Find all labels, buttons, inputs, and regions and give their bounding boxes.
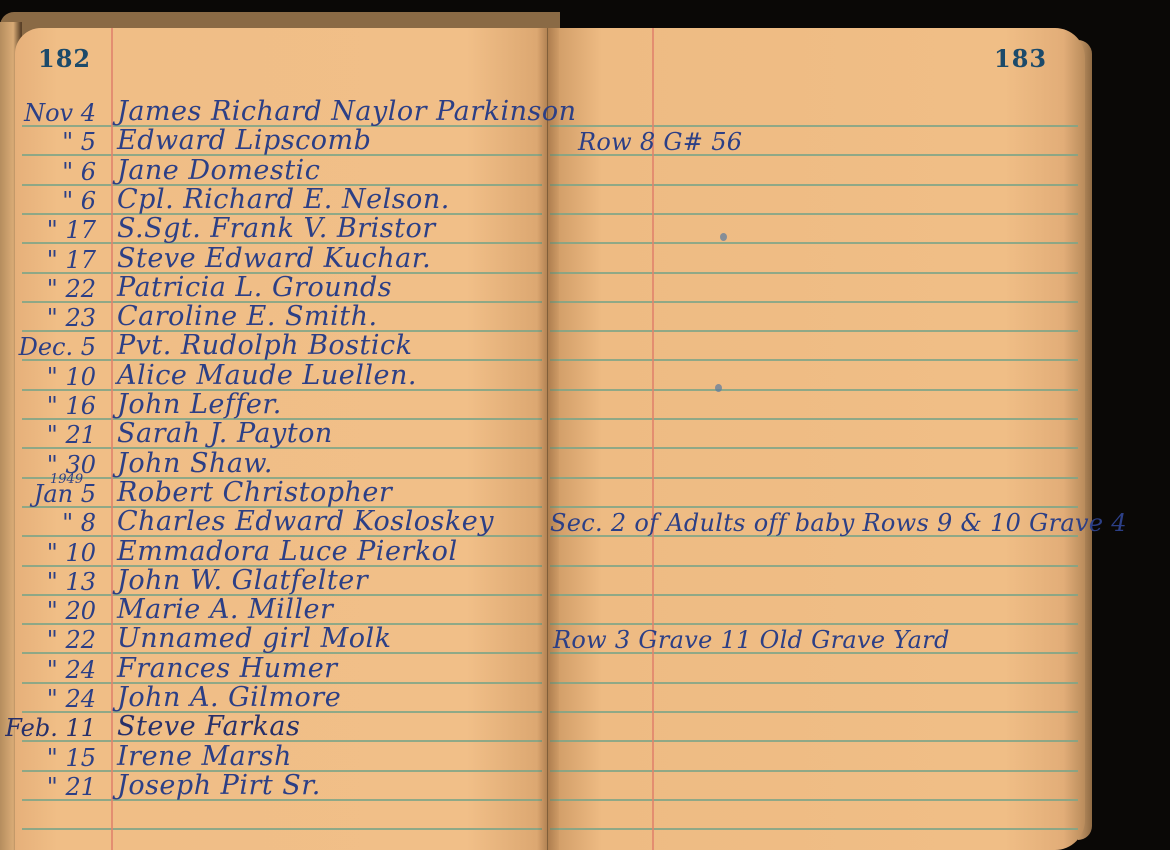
- left-page-margin-line: [111, 28, 113, 850]
- rule-line: [550, 770, 1078, 772]
- entry-date: " 13: [0, 570, 96, 594]
- entry-date: " 17: [0, 248, 96, 272]
- entry-name: Steve Farkas: [117, 713, 300, 740]
- entry-name: Unnamed girl Molk: [117, 625, 392, 652]
- rule-line: [550, 594, 1078, 596]
- entry-date: " 10: [0, 365, 96, 389]
- rule-line: [550, 330, 1078, 332]
- entry-name: Edward Lipscomb: [117, 127, 371, 154]
- entry-date: Nov 4: [0, 101, 96, 125]
- rule-line: [550, 711, 1078, 713]
- entry-name: Steve Edward Kuchar.: [117, 245, 431, 272]
- rule-line: [550, 418, 1078, 420]
- entry-date: " 8: [0, 511, 96, 535]
- entry-name: S.Sgt. Frank V. Bristor: [117, 215, 436, 242]
- entry-date: " 5: [0, 130, 96, 154]
- entry-date: " 24: [0, 687, 96, 711]
- burial-location-note: Sec. 2 of Adults off baby Rows 9 & 10 Gr…: [550, 511, 1127, 535]
- entry-name: Emmadora Luce Pierkol: [117, 538, 458, 565]
- entry-date: " 21: [0, 423, 96, 447]
- entry-date: " 21: [0, 775, 96, 799]
- entry-name: Caroline E. Smith.: [117, 303, 378, 330]
- entry-name: Pvt. Rudolph Bostick: [117, 332, 413, 359]
- rule-line: [550, 242, 1078, 244]
- entry-date: Dec. 5: [0, 335, 96, 359]
- entry-name: Charles Edward Kosloskey: [117, 508, 494, 535]
- year-annotation: 1949: [50, 472, 83, 487]
- rule-line: [550, 799, 1078, 801]
- entry-name: John W. Glatfelter: [117, 567, 368, 594]
- entry-name: Marie A. Miller: [117, 596, 333, 623]
- entry-name: Jane Domestic: [117, 157, 320, 184]
- rule-line: [550, 565, 1078, 567]
- rule-line: [550, 740, 1078, 742]
- entry-date: " 16: [0, 394, 96, 418]
- entry-name: John A. Gilmore: [117, 684, 341, 711]
- burial-location-note: Row 3 Grave 11 Old Grave Yard: [553, 628, 950, 652]
- entry-date: " 22: [0, 277, 96, 301]
- entry-date: " 15: [0, 746, 96, 770]
- rule-line: [550, 506, 1078, 508]
- rule-line: [550, 447, 1078, 449]
- rule-line: [550, 213, 1078, 215]
- entry-date: " 23: [0, 306, 96, 330]
- rule-line: [550, 301, 1078, 303]
- ink-spot: [720, 233, 727, 241]
- rule-line: [550, 359, 1078, 361]
- entry-date: " 6: [0, 189, 96, 213]
- rule-line: [550, 389, 1078, 391]
- rule-line: [22, 828, 542, 830]
- page-number-right: 183: [994, 44, 1047, 73]
- entry-date: " 17: [0, 218, 96, 242]
- ink-spot: [715, 384, 722, 392]
- entry-date: " 20: [0, 599, 96, 623]
- entry-date: " 6: [0, 160, 96, 184]
- rule-line: [550, 477, 1078, 479]
- entry-name: James Richard Naylor Parkinson: [117, 98, 577, 125]
- entry-date: " 24: [0, 658, 96, 682]
- rule-line: [550, 682, 1078, 684]
- entry-name: Irene Marsh: [117, 743, 292, 770]
- entry-name: John Leffer.: [117, 391, 282, 418]
- rule-line: [550, 125, 1078, 127]
- entry-date: Feb. 11: [0, 716, 96, 740]
- entry-name: Cpl. Richard E. Nelson.: [117, 186, 450, 213]
- open-ledger-book: 182 183 Nov 4James Richard Naylor Parkin…: [0, 0, 1170, 850]
- entry-name: Alice Maude Luellen.: [117, 362, 417, 389]
- rule-line: [550, 184, 1078, 186]
- rule-line: [550, 828, 1078, 830]
- rule-line: [550, 272, 1078, 274]
- burial-location-note: Row 8 G# 56: [578, 130, 742, 154]
- entry-name: Frances Humer: [117, 655, 338, 682]
- entry-date: " 22: [0, 628, 96, 652]
- page-number-left: 182: [38, 44, 91, 73]
- entry-name: John Shaw.: [117, 450, 273, 477]
- entry-name: Patricia L. Grounds: [117, 274, 392, 301]
- entry-date: " 10: [0, 541, 96, 565]
- rule-line: [550, 623, 1078, 625]
- entry-name: Joseph Pirt Sr.: [117, 772, 321, 799]
- entry-name: Robert Christopher: [117, 479, 392, 506]
- entry-name: Sarah J. Payton: [117, 420, 333, 447]
